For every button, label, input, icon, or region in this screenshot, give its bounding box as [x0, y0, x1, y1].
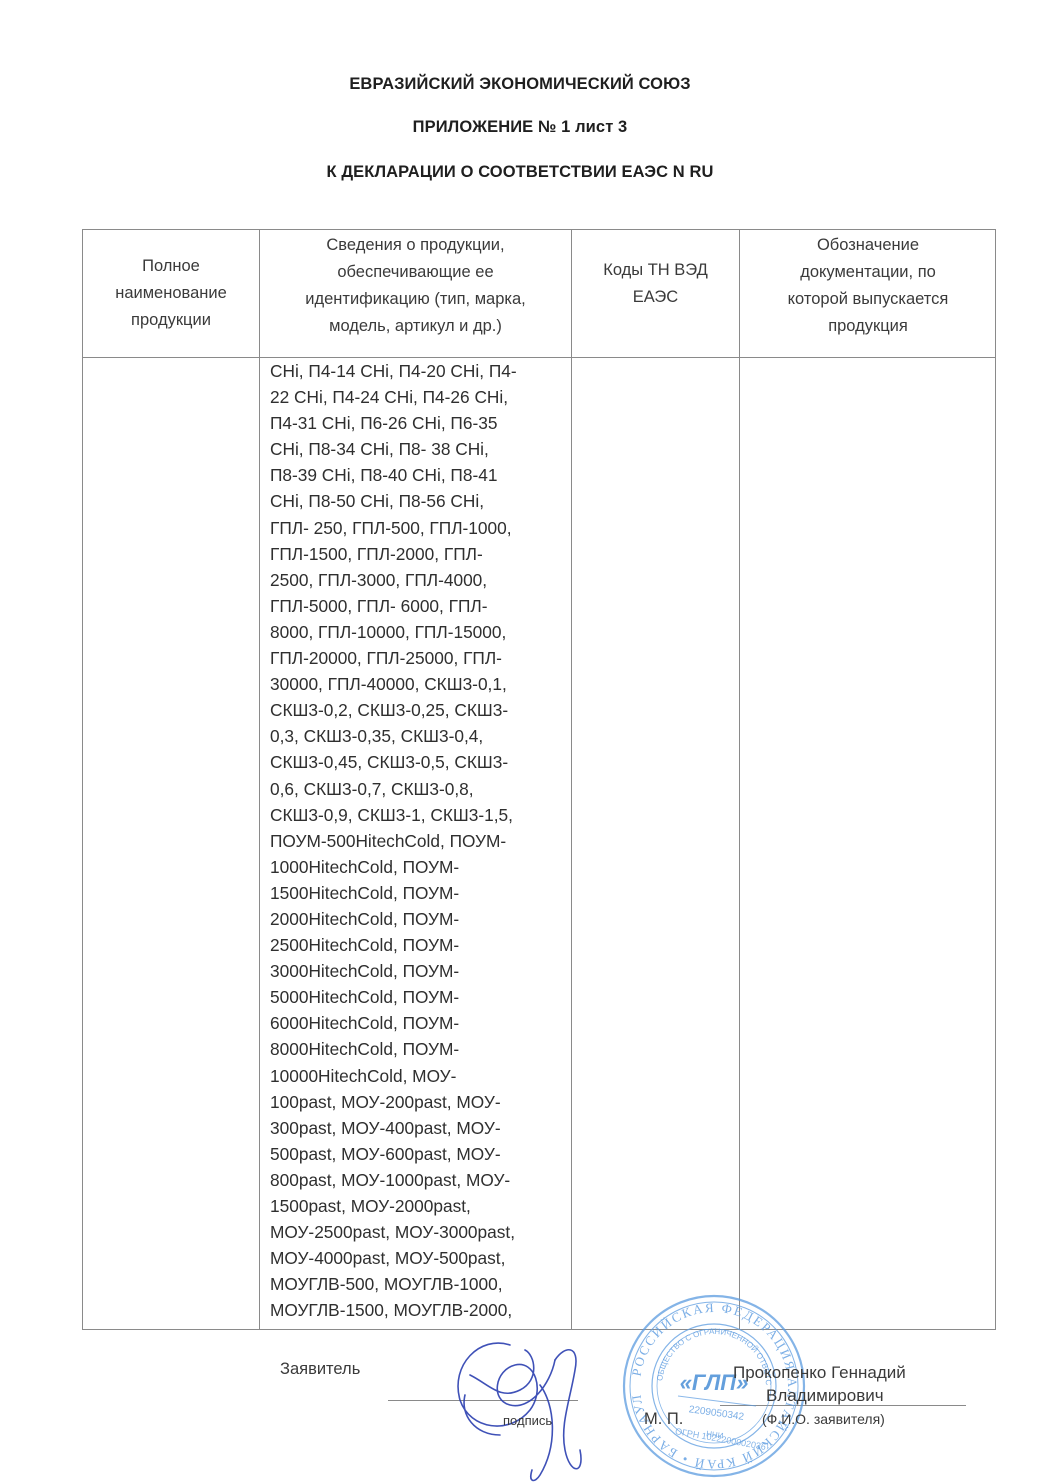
- signature-caption: подпись: [503, 1413, 552, 1428]
- header-line: модель, артикул и др.): [305, 313, 526, 340]
- identification-line: МОУ-4000past, МОУ-500past,: [270, 1245, 570, 1271]
- products-table: Полное наименование продукции Сведения о…: [82, 229, 996, 1330]
- identification-line: МОУГЛВ-500, МОУГЛВ-1000,: [270, 1271, 570, 1297]
- seal-label: М. П.: [644, 1410, 683, 1429]
- identification-line: МОУ-2500past, МОУ-3000past,: [270, 1219, 570, 1245]
- identification-line: 1500past, МОУ-2000past,: [270, 1193, 570, 1219]
- column-divider: [259, 230, 260, 1329]
- identification-line: 10000HitechCold, МОУ-: [270, 1063, 570, 1089]
- identification-line: 6000HitechCold, ПОУМ-: [270, 1010, 570, 1036]
- stamp-inn: 2209050342: [688, 1404, 745, 1423]
- identification-line: ГПЛ-1500, ГПЛ-2000, ГПЛ-: [270, 541, 570, 567]
- identification-line: 100past, МОУ-200past, МОУ-: [270, 1089, 570, 1115]
- identification-line: 2000HitechCold, ПОУМ-: [270, 906, 570, 932]
- column-header-product-name: Полное наименование продукции: [83, 230, 259, 357]
- identification-line: П8-39 CHi, П8-40 CHi, П8-41: [270, 462, 570, 488]
- header-line: Полное: [115, 253, 227, 280]
- applicant-signature: [440, 1325, 600, 1482]
- column-header-tn-ved-codes: Коды ТН ВЭД ЕАЭС: [572, 230, 739, 384]
- column-divider: [571, 230, 572, 1329]
- identification-line: ПОУМ-500HitechCold, ПОУМ-: [270, 828, 570, 854]
- identification-line: CHi, П4-14 CHi, П4-20 CHi, П4-: [270, 358, 570, 384]
- identification-cell: CHi, П4-14 CHi, П4-20 CHi, П4-22 CHi, П4…: [270, 358, 570, 1323]
- appendix-title: ПРИЛОЖЕНИЕ № 1 лист 3: [0, 118, 1040, 137]
- identification-line: 800past, МОУ-1000past, МОУ-: [270, 1167, 570, 1193]
- identification-line: П4-31 CHi, П6-26 CHi, П6-35: [270, 410, 570, 436]
- applicant-name-line1: Прокопенко Геннадий: [733, 1363, 906, 1383]
- identification-line: 300past, МОУ-400past, МОУ-: [270, 1115, 570, 1141]
- header-line: Коды ТН ВЭД: [603, 257, 708, 284]
- identification-line: ГПЛ- 250, ГПЛ-500, ГПЛ-1000,: [270, 515, 570, 541]
- name-caption: (Ф.И.О. заявителя): [762, 1411, 885, 1427]
- header-line: наименование: [115, 280, 227, 307]
- identification-line: 0,3, СКШ3-0,35, СКШ3-0,4,: [270, 723, 570, 749]
- identification-line: 500past, МОУ-600past, МОУ-: [270, 1141, 570, 1167]
- declaration-title: К ДЕКЛАРАЦИИ О СООТВЕТСТВИИ ЕАЭС N RU: [0, 163, 1040, 182]
- identification-line: 2500HitechCold, ПОУМ-: [270, 932, 570, 958]
- identification-line: 1000HitechCold, ПОУМ-: [270, 854, 570, 880]
- column-header-documentation: Обозначение документации, по которой вып…: [740, 230, 996, 359]
- identification-line: 22 CHi, П4-24 CHi, П4-26 CHi,: [270, 384, 570, 410]
- header-line: документации, по: [788, 259, 949, 286]
- identification-line: 1500HitechCold, ПОУМ-: [270, 880, 570, 906]
- identification-line: 2500, ГПЛ-3000, ГПЛ-4000,: [270, 567, 570, 593]
- identification-line: 0,6, СКШ3-0,7, СКШ3-0,8,: [270, 776, 570, 802]
- identification-line: СКШ3-0,9, СКШ3-1, СКШ3-1,5,: [270, 802, 570, 828]
- applicant-label: Заявитель: [280, 1360, 360, 1379]
- identification-line: МОУГЛВ-1500, МОУГЛВ-2000,: [270, 1297, 570, 1323]
- header-line: продукции: [115, 307, 227, 334]
- identification-line: CHi, П8-50 CHi, П8-56 CHi,: [270, 488, 570, 514]
- column-divider: [739, 230, 740, 1329]
- applicant-name-line2: Владимирович: [766, 1386, 884, 1406]
- header-line: ЕАЭС: [603, 284, 708, 311]
- identification-line: 3000HitechCold, ПОУМ-: [270, 958, 570, 984]
- identification-line: СКШ3-0,45, СКШ3-0,5, СКШ3-: [270, 749, 570, 775]
- identification-line: ГПЛ-20000, ГПЛ-25000, ГПЛ-: [270, 645, 570, 671]
- identification-line: 8000HitechCold, ПОУМ-: [270, 1036, 570, 1062]
- header-line: идентификацию (тип, марка,: [305, 286, 526, 313]
- header-line: которой выпускается: [788, 286, 949, 313]
- column-header-identification: Сведения о продукции, обеспечивающие ее …: [260, 230, 571, 359]
- identification-line: 8000, ГПЛ-10000, ГПЛ-15000,: [270, 619, 570, 645]
- header-line: Сведения о продукции,: [305, 232, 526, 259]
- identification-line: 30000, ГПЛ-40000, СКШ3-0,1,: [270, 671, 570, 697]
- identification-line: 5000HitechCold, ПОУМ-: [270, 984, 570, 1010]
- header-line: продукция: [788, 313, 949, 340]
- identification-line: ГПЛ-5000, ГПЛ- 6000, ГПЛ-: [270, 593, 570, 619]
- identification-line: СКШ3-0,2, СКШ3-0,25, СКШ3-: [270, 697, 570, 723]
- union-title: ЕВРАЗИЙСКИЙ ЭКОНОМИЧЕСКИЙ СОЮЗ: [0, 75, 1040, 94]
- header-line: Обозначение: [788, 232, 949, 259]
- identification-line: CHi, П8-34 CHi, П8- 38 CHi,: [270, 436, 570, 462]
- header-line: обеспечивающие ее: [305, 259, 526, 286]
